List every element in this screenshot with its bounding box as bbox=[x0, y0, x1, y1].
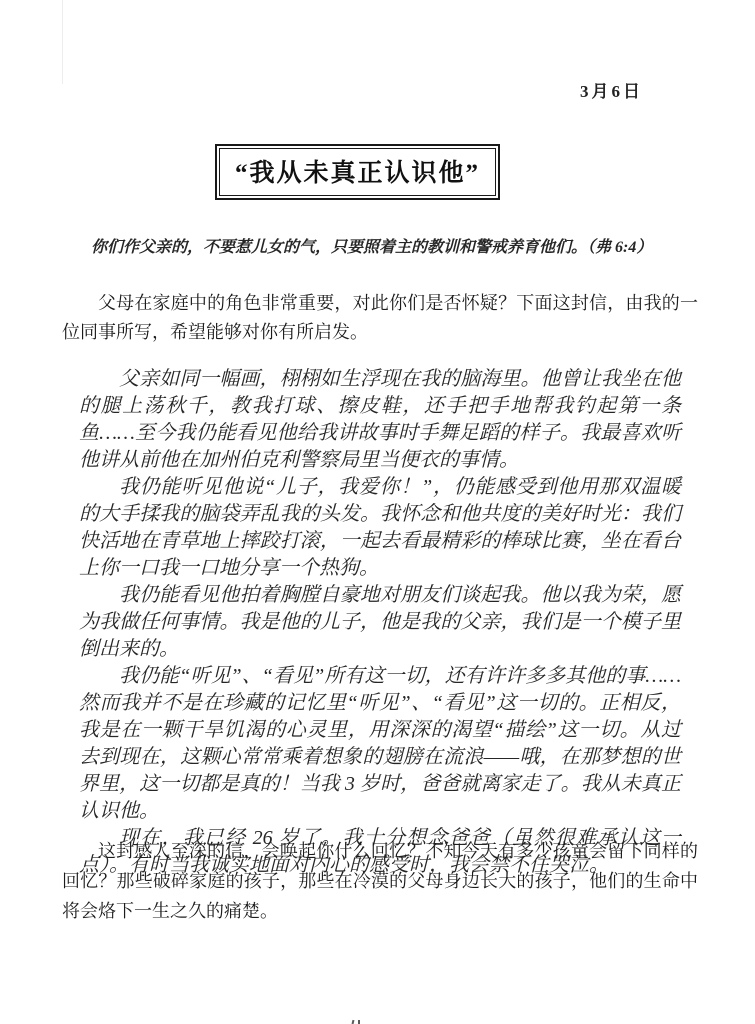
page-title: “我从未真正认识他” bbox=[235, 160, 480, 187]
title-box-inner: “我从未真正认识他” bbox=[219, 148, 496, 196]
letter-paragraph: 我仍能听见他说“儿子，我爱你！”，仍能感受到他用那双温暖的大手揉我的脑袋弄乱我的… bbox=[79, 474, 681, 582]
letter-section: 父亲如同一幅画，栩栩如生浮现在我的脑海里。他曾让我坐在他的腿上荡秋千，教我打球、… bbox=[79, 366, 681, 879]
scripture-verse: 你们作父亲的，不要惹儿女的气，只要照着主的教训和警戒养育他们。（弗 6:4） bbox=[91, 234, 671, 257]
date-heading: 3月6日 bbox=[580, 77, 643, 102]
intro-paragraph: 父母在家庭中的角色非常重要，对此你们是否怀疑？下面这封信，由我的一位同事所写，希… bbox=[62, 289, 698, 347]
scan-artifact-line bbox=[62, 0, 63, 84]
letter-paragraph: 我仍能“听见”、“看见”所有这一切，还有许许多多其他的事……然而我并不是在珍藏的… bbox=[79, 663, 681, 825]
verse-reference: （弗 6:4） bbox=[587, 239, 652, 256]
page-number-partial bbox=[349, 1019, 365, 1024]
letter-paragraph: 我仍能看见他拍着胸膛自豪地对朋友们谈起我。他以我为荣，愿为我做任何事情。我是他的… bbox=[79, 582, 681, 663]
title-box: “我从未真正认识他” bbox=[215, 144, 500, 200]
closing-section: 这封感人至深的信，会唤起你什么回忆？不知今天有多少孩童会留下同样的回忆？那些破碎… bbox=[62, 836, 698, 926]
letter-paragraph: 父亲如同一幅画，栩栩如生浮现在我的脑海里。他曾让我坐在他的腿上荡秋千，教我打球、… bbox=[79, 366, 681, 474]
closing-paragraph: 这封感人至深的信，会唤起你什么回忆？不知今天有多少孩童会留下同样的回忆？那些破碎… bbox=[62, 836, 698, 926]
book-page: 3月6日 “我从未真正认识他” 你们作父亲的，不要惹儿女的气，只要照着主的教训和… bbox=[0, 0, 755, 1024]
verse-text: 你们作父亲的，不要惹儿女的气，只要照着主的教训和警戒养育他们。 bbox=[91, 239, 587, 256]
intro-section: 父母在家庭中的角色非常重要，对此你们是否怀疑？下面这封信，由我的一位同事所写，希… bbox=[62, 289, 698, 347]
